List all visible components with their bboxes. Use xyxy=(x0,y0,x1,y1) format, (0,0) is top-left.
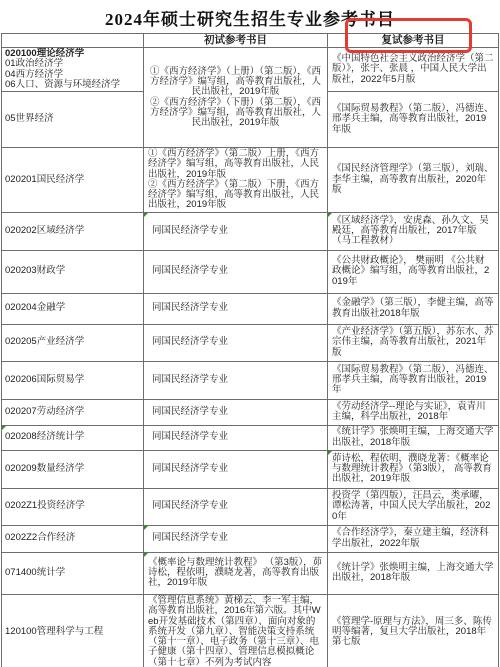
retest-books-cell: 《国际贸易教程》（第二版），冯德连、邢孝兵主编，高等教育出版社，2019年 xyxy=(328,361,499,399)
book-entry: ②《西方经济学》（下册）（第二版），《西方经济学》编写组，高等教育出版社，人民出… xyxy=(148,98,323,129)
table-row: 020206国际贸易学 同国民经济学专业 《国际贸易教程》（第二版），冯德连、邢… xyxy=(2,361,499,399)
initial-books-cell: 《概率论与数理统计教程》 （第3版），茆诗松，程依明，濮晓龙著，高等教育出版社，… xyxy=(144,552,328,594)
submajor: 06人口、资源与环境经济学 xyxy=(5,80,139,90)
major-cell: 020100理论经济学 01政治经济学 04西方经济学 06人口、资源与环境经济… xyxy=(2,48,144,92)
major-cell: 020206国际贸易学 xyxy=(2,361,144,399)
retest-books-cell: 《区域经济学》，安虎森、孙久文、吴殿廷，高等教育出版社，2017年版（马工程教材… xyxy=(328,212,499,250)
initial-books-cell: ①《西方经济学》（上册）（第二版），《西方经济学》编写组，高等教育出版社，人民出… xyxy=(144,48,328,148)
retest-books-cell: 《产业经济学》（第五版），苏东水、苏宗伟主编，高等教育出版社，2021年版 xyxy=(328,324,499,361)
major-cell: 020209数量经济学 xyxy=(2,450,144,488)
major-cell: 020208经济统计学 xyxy=(2,425,144,450)
retest-books-cell: 投资学（第四版），汪昌云，类承曜，谭松涛著，中国人民大学出版社，2020年 xyxy=(328,488,499,525)
major-cell: 020202区域经济学 xyxy=(2,212,144,250)
table-header-row: 初试参考书目 复试参考书目 xyxy=(2,34,499,48)
major-cell: 120100管理科学与工程 xyxy=(2,594,144,667)
table-row: 071400统计学 《概率论与数理统计教程》 （第3版），茆诗松，程依明，濮晓龙… xyxy=(2,552,499,594)
major-cell: 020207劳动经济学 xyxy=(2,399,144,425)
table-row: 020203财政学 同国民经济学专业 《公共财政概论》， 樊丽明 《公共财政概论… xyxy=(2,250,499,293)
header-major-cell xyxy=(2,34,144,48)
retest-books-cell: 《管理学-原理与方法》，周三多、陈传明等编著，复旦大学出版社，2018年第七版 xyxy=(328,594,499,667)
table-row: 0202Z1投资经济学 同国民经济学专业 投资学（第四版），汪昌云，类承曜，谭松… xyxy=(2,488,499,525)
major-cell: 020205产业经济学 xyxy=(2,324,144,361)
book-entry: ①《西方经济学》（上册）（第二版），《西方经济学》编写组，高等教育出版社，人民出… xyxy=(148,67,323,98)
header-retest-exam-cell: 复试参考书目 xyxy=(328,34,499,48)
initial-books-cell: 同国民经济学专业 xyxy=(144,212,328,250)
reference-books-table: 初试参考书目 复试参考书目 020100理论经济学 01政治经济学 04西方经济… xyxy=(1,33,499,667)
major-cell: 0202Z2合作经济 xyxy=(2,525,144,552)
retest-books-cell: 《统计学》张焕明主编，上海交通大学出版社，2018年版 xyxy=(328,552,499,594)
table-row: 020209数量经济学 同国民经济学专业 茆诗松，程依明，濮晓龙著：《概率论与数… xyxy=(2,450,499,488)
retest-books-cell: 《金融学》（第三版），李健主编，高等教育出版社2018年版 xyxy=(328,293,499,324)
retest-books-cell: 《国际贸易教程》（第二版），冯德连、邢孝兵主编，高等教育出版社，2019年版 xyxy=(328,92,499,148)
table-row: 020204金融学 同国民经济学专业 《金融学》（第三版），李健主编，高等教育出… xyxy=(2,293,499,324)
table-row: 020202区域经济学 同国民经济学专业 《区域经济学》，安虎森、孙久文、吴殿廷… xyxy=(2,212,499,250)
major-cell: 020204金融学 xyxy=(2,293,144,324)
major-cell: 05世界经济 xyxy=(2,92,144,148)
table-row: 020207劳动经济学 同国民经济学专业 《劳动经济学--理论与实证》，袁青川主… xyxy=(2,399,499,425)
table-row: 020205产业经济学 同国民经济学专业 《产业经济学》（第五版），苏东水、苏宗… xyxy=(2,324,499,361)
table-row: 020201国民经济学 ①《西方经济学》（第二版）上册，《西方经济学》编写组，高… xyxy=(2,148,499,213)
book-entry: ②《西方经济学》（第二版）下册，《西方经济学》编写组，高等教育出版社，人民出版社… xyxy=(148,180,323,211)
initial-books-cell: 同国民经济学专业 xyxy=(144,425,328,450)
initial-books-cell: 同国民经济学专业 xyxy=(144,399,328,425)
major-cell: 020203财政学 xyxy=(2,250,144,293)
initial-books-cell: 《管理信息系统》黄梯云、李一军主编，高等教育出版社，2016年第六版。其中Web… xyxy=(144,594,328,667)
initial-books-cell: 同国民经济学专业 xyxy=(144,361,328,399)
initial-books-cell: 同国民经济学专业 xyxy=(144,293,328,324)
initial-books-cell: ①《西方经济学》（第二版）上册，《西方经济学》编写组，高等教育出版社，人民出版社… xyxy=(144,148,328,213)
major-cell: 020201国民经济学 xyxy=(2,148,144,213)
major-cell: 071400统计学 xyxy=(2,552,144,594)
header-initial-exam-cell: 初试参考书目 xyxy=(144,34,328,48)
table-row: 0202Z2合作经济 同国民经济学专业 《合作经济学》，秦立建主编，经济科学出版… xyxy=(2,525,499,552)
table-row: 120100管理科学与工程 《管理信息系统》黄梯云、李一军主编，高等教育出版社，… xyxy=(2,594,499,667)
page-title: 2024年硕士研究生招生专业参考书目 xyxy=(0,5,500,30)
initial-books-cell: 同国民经济学专业 xyxy=(144,525,328,552)
retest-books-cell: 《公共财政概论》， 樊丽明 《公共财政概论》编写组，高等教育出版社，2019年 xyxy=(328,250,499,293)
retest-books-cell: 《劳动经济学--理论与实证》，袁青川主编，科学出版社，2018年 xyxy=(328,399,499,425)
initial-books-cell: 同国民经济学专业 xyxy=(144,324,328,361)
retest-books-cell: 《中国特色社会主义政治经济学（第二版）》，张宇、张晨 ，中国人民大学出版社，20… xyxy=(328,48,499,92)
initial-books-cell: 同国民经济学专业 xyxy=(144,488,328,525)
submajor: 01政治经济学 xyxy=(5,59,139,69)
table-row: 020208经济统计学 同国民经济学专业 《统计学》张焕明主编，上海交通大学出版… xyxy=(2,425,499,450)
retest-books-cell: 《统计学》张焕明主编，上海交通大学出版社，2018年版 xyxy=(328,425,499,450)
initial-books-cell: 同国民经济学专业 xyxy=(144,250,328,293)
retest-books-cell: 《国民经济管理学》（第三版），刘瑞、李华主编，高等教育出版社，2020年版 xyxy=(328,148,499,213)
initial-books-cell: 同国民经济学专业 xyxy=(144,450,328,488)
book-entry: ①《西方经济学》（第二版）上册，《西方经济学》编写组，高等教育出版社，人民出版社… xyxy=(148,149,323,180)
table-row: 020100理论经济学 01政治经济学 04西方经济学 06人口、资源与环境经济… xyxy=(2,48,499,92)
retest-books-cell: 《合作经济学》，秦立建主编，经济科学出版社，2022年版 xyxy=(328,525,499,552)
major-cell: 0202Z1投资经济学 xyxy=(2,488,144,525)
retest-books-cell: 茆诗松，程依明，濮晓龙著：《概率论与数理统计教程》（第3版）， 高等教育出版社，… xyxy=(328,450,499,488)
